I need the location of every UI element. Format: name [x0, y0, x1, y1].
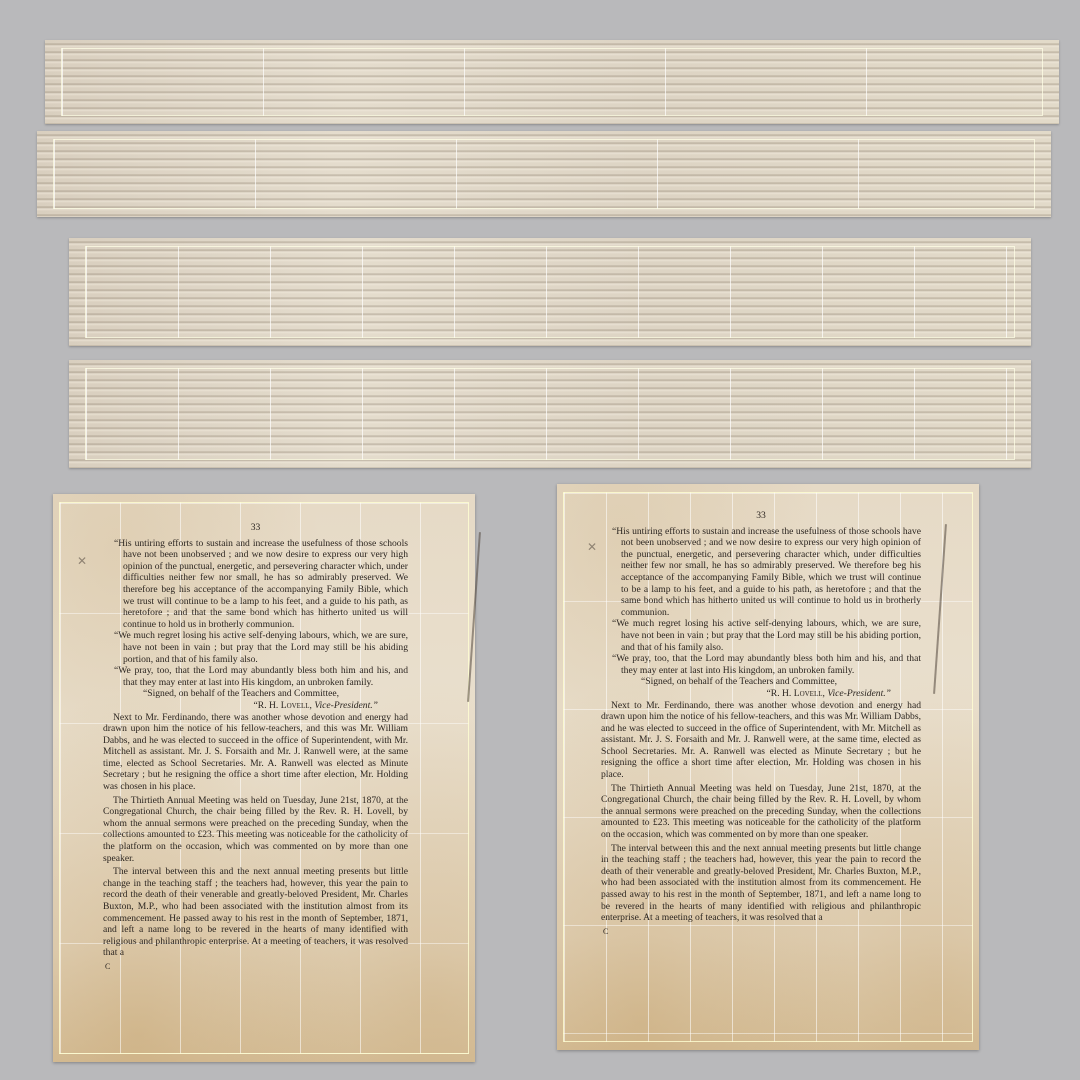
signatory-line: “R. H. Lovell, Vice-President.”	[103, 700, 408, 712]
body-paragraph: Next to Mr. Ferdinando, there was anothe…	[103, 712, 408, 793]
signatory-line: “R. H. Lovell, Vice-President.”	[601, 688, 921, 700]
texture-strip-3	[69, 238, 1031, 346]
body-paragraph: Next to Mr. Ferdinando, there was anothe…	[601, 700, 921, 781]
signed-line: “Signed, on behalf of the Teachers and C…	[601, 676, 921, 688]
document-page-left: ✕ 33 “His untiring efforts to sustain an…	[53, 494, 475, 1062]
body-paragraph: The interval between this and the next a…	[601, 843, 921, 924]
pencil-mark	[467, 532, 481, 702]
body-paragraph: The Thirtieth Annual Meeting was held on…	[103, 795, 408, 865]
signatory-title: Vice-President.”	[827, 688, 891, 699]
quote-paragraph: “We much regret losing his active self-d…	[601, 618, 921, 653]
signatory-name: “R. H. Lovell,	[254, 700, 312, 711]
x-mark: ✕	[77, 554, 87, 569]
texture-strip-4	[69, 360, 1031, 468]
page-text: 33 “His untiring efforts to sustain and …	[103, 522, 408, 973]
pencil-mark	[933, 524, 947, 694]
signatory-name: “R. H. Lovell,	[767, 688, 825, 699]
body-paragraph: The Thirtieth Annual Meeting was held on…	[601, 783, 921, 841]
page-number: 33	[601, 510, 921, 522]
quote-paragraph: “We pray, too, that the Lord may abundan…	[103, 665, 408, 688]
strip-grid-guide	[85, 368, 1015, 460]
strip-grid-guide	[53, 139, 1035, 209]
texture-strip-2	[37, 131, 1051, 217]
signatory-title: Vice-President.”	[314, 700, 378, 711]
quote-paragraph: “We much regret losing his active self-d…	[103, 630, 408, 665]
body-paragraph: The interval between this and the next a…	[103, 866, 408, 959]
quote-paragraph: “We pray, too, that the Lord may abundan…	[601, 653, 921, 676]
signature-mark: C	[105, 961, 408, 973]
strip-grid-guide	[61, 48, 1043, 116]
quote-paragraph: “His untiring efforts to sustain and inc…	[103, 538, 408, 631]
signed-line: “Signed, on behalf of the Teachers and C…	[103, 688, 408, 700]
signature-mark: C	[603, 926, 921, 938]
texture-strip-1	[45, 40, 1059, 124]
quote-paragraph: “His untiring efforts to sustain and inc…	[601, 526, 921, 619]
x-mark: ✕	[587, 540, 597, 555]
strip-grid-guide	[85, 246, 1015, 338]
page-number: 33	[103, 522, 408, 534]
document-page-right: ✕ 33 “His untiring efforts to sustain an…	[557, 484, 979, 1050]
page-text: 33 “His untiring efforts to sustain and …	[601, 510, 921, 937]
